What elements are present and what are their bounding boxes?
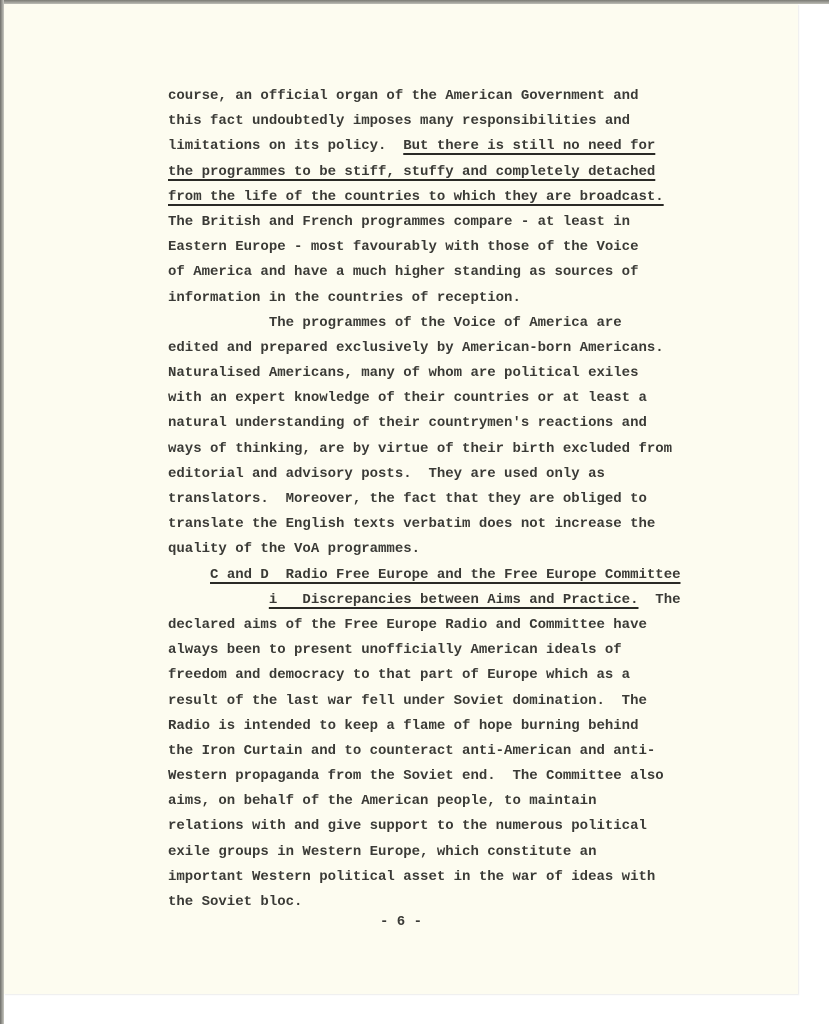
body-text: course, an official organ of the America… xyxy=(168,84,768,915)
text-line: limitations on its policy. But there is … xyxy=(168,134,768,159)
underlined-emphasis: But there is still no need for xyxy=(403,138,655,154)
text-line: declared aims of the Free Europe Radio a… xyxy=(168,613,768,638)
text-line: The programmes of the Voice of America a… xyxy=(168,311,768,336)
text-line: edited and prepared exclusively by Ameri… xyxy=(168,336,768,361)
subsection-heading-text: i Discrepancies between Aims and Practic… xyxy=(269,592,639,608)
text-line: of America and have a much higher standi… xyxy=(168,260,768,285)
section-heading-text: C and D Radio Free Europe and the Free E… xyxy=(210,567,680,583)
text-line: editorial and advisory posts. They are u… xyxy=(168,462,768,487)
text-line: important Western political asset in the… xyxy=(168,865,768,890)
subsection-heading: i Discrepancies between Aims and Practic… xyxy=(168,588,768,613)
document-page: course, an official organ of the America… xyxy=(4,4,798,994)
text-line: ways of thinking, are by virtue of their… xyxy=(168,437,768,462)
underlined-emphasis: the programmes to be stiff, stuffy and c… xyxy=(168,164,655,180)
text-line: Naturalised Americans, many of whom are … xyxy=(168,361,768,386)
text-line: freedom and democracy to that part of Eu… xyxy=(168,663,768,688)
text-line: Western propaganda from the Soviet end. … xyxy=(168,764,768,789)
page-number: - 6 - xyxy=(4,914,798,930)
text-line: translate the English texts verbatim doe… xyxy=(168,512,768,537)
text-line: information in the countries of receptio… xyxy=(168,286,768,311)
text-line: relations with and give support to the n… xyxy=(168,814,768,839)
text-line: natural understanding of their countryme… xyxy=(168,411,768,436)
underlined-emphasis: from the life of the countries to which … xyxy=(168,189,664,205)
section-heading: C and D Radio Free Europe and the Free E… xyxy=(168,563,768,588)
text-line: quality of the VoA programmes. xyxy=(168,537,768,562)
text-line: from the life of the countries to which … xyxy=(168,185,768,210)
text-line: this fact undoubtedly imposes many respo… xyxy=(168,109,768,134)
text-line: always been to present unofficially Amer… xyxy=(168,638,768,663)
text-line: Radio is intended to keep a flame of hop… xyxy=(168,714,768,739)
text-line: exile groups in Western Europe, which co… xyxy=(168,840,768,865)
text-line: result of the last war fell under Soviet… xyxy=(168,689,768,714)
text-line: Eastern Europe - most favourably with th… xyxy=(168,235,768,260)
text-line: with an expert knowledge of their countr… xyxy=(168,386,768,411)
text-line: aims, on behalf of the American people, … xyxy=(168,789,768,814)
text-line: the programmes to be stiff, stuffy and c… xyxy=(168,160,768,185)
text-line: the Iron Curtain and to counteract anti-… xyxy=(168,739,768,764)
text-line: The British and French programmes compar… xyxy=(168,210,768,235)
text-line: the Soviet bloc. xyxy=(168,890,768,915)
text-line: translators. Moreover, the fact that the… xyxy=(168,487,768,512)
text-line: course, an official organ of the America… xyxy=(168,84,768,109)
